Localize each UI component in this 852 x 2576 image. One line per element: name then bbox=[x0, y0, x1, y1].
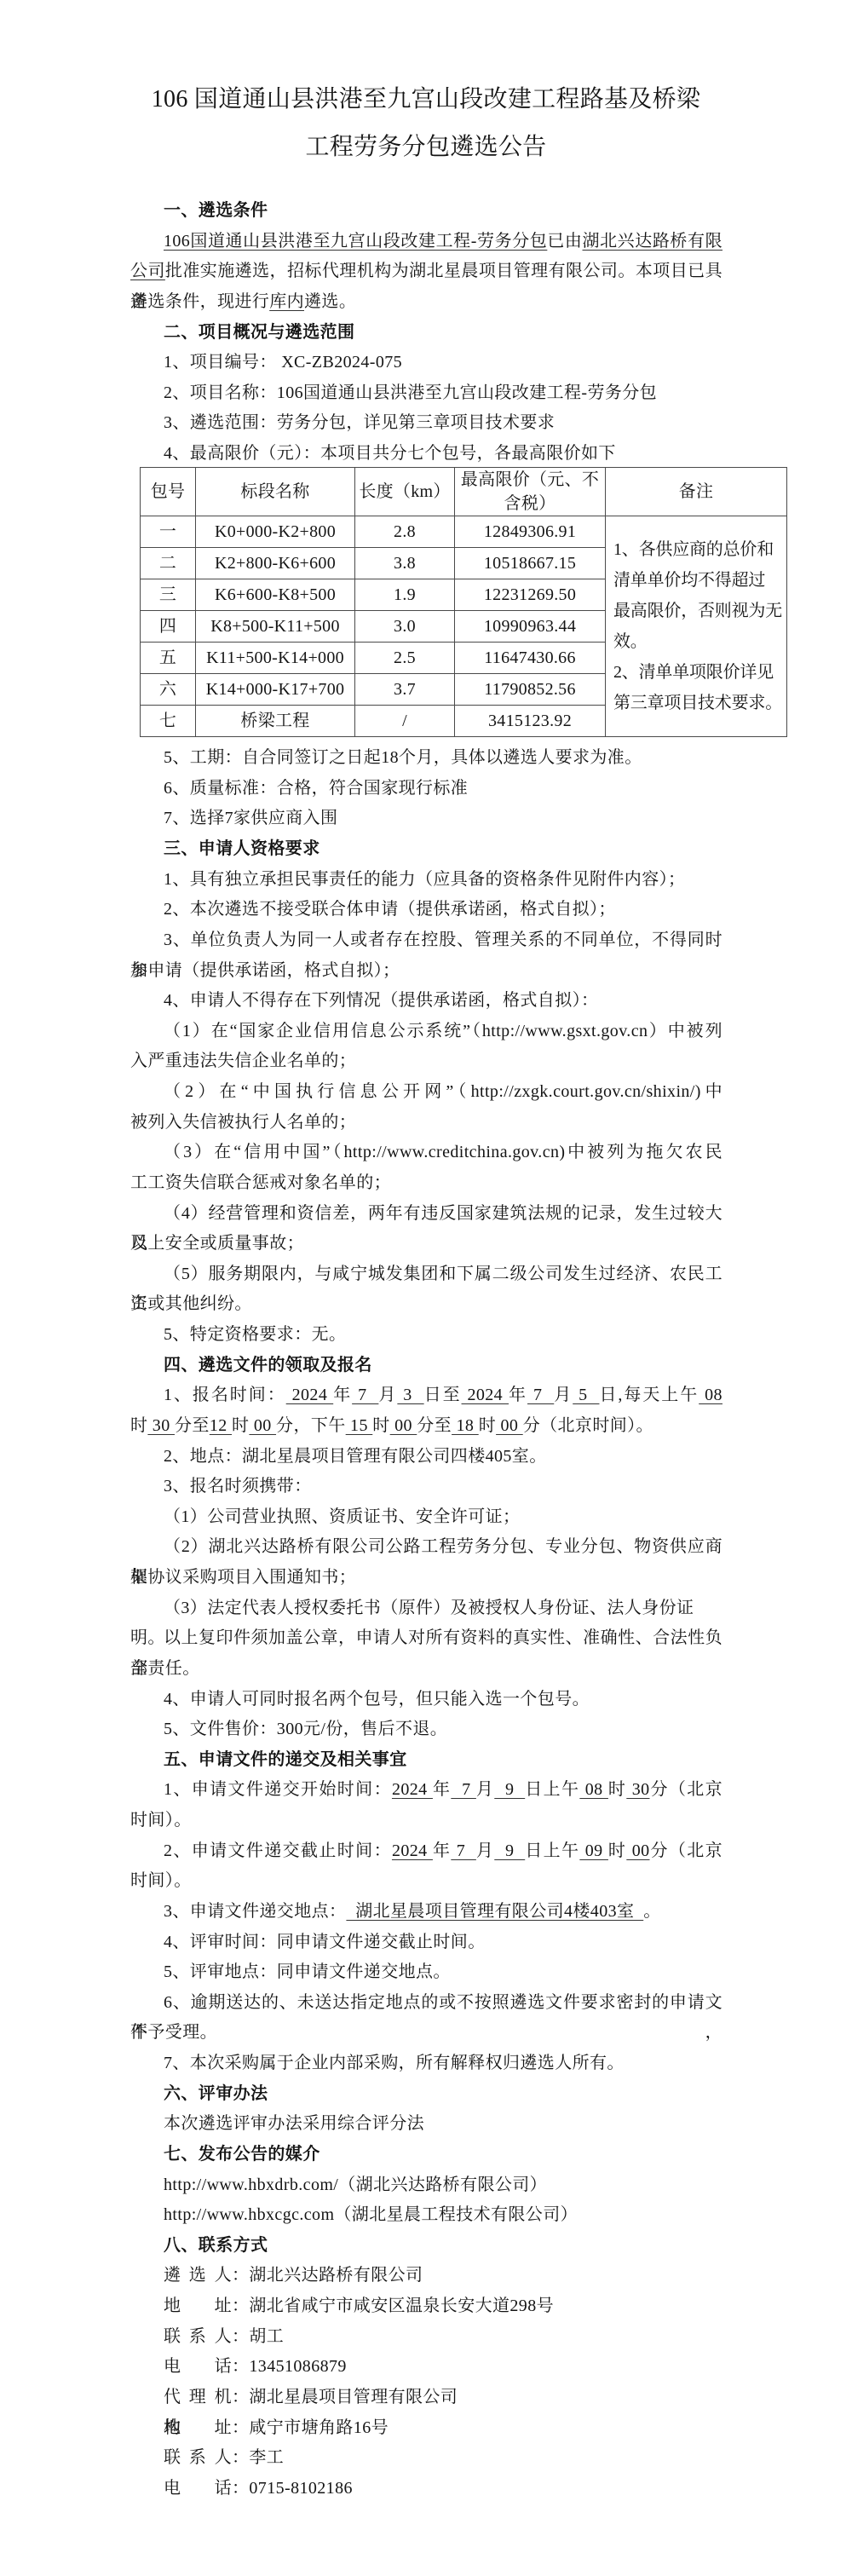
qualification-line: （1）在“国家企业信用信息公示系统”（http://www.gsxt.gov.c… bbox=[130, 1017, 722, 1047]
cell-package: 七 bbox=[141, 705, 196, 736]
contact-value: 李工 bbox=[249, 2448, 284, 2467]
start-year: 2024 bbox=[286, 1386, 334, 1404]
document-body: 一、遴选条件 106国道通山县洪港至九宫山段改建工程-劳务分包已由湖北兴达路桥有… bbox=[130, 196, 722, 2504]
cell-section: K11+500-K14+000 bbox=[196, 642, 355, 673]
contact-row: 联 系 人：李工 bbox=[130, 2443, 722, 2474]
media-url: http://www.hbxcgc.com bbox=[164, 2205, 334, 2224]
registration-line: 4、申请人可同时报名两个包号，但只能入选一个包号。 bbox=[130, 1685, 722, 1715]
remark-line: 第三章项目技术要求。 bbox=[613, 688, 783, 718]
contact-row: 电 话：0715-8102186 bbox=[130, 2474, 722, 2504]
section-heading-registration: 四、遴选文件的领取及报名 bbox=[130, 1351, 722, 1381]
contact-row: 联 系 人：胡工 bbox=[130, 2322, 722, 2353]
col-header-section-name: 标段名称 bbox=[196, 467, 355, 516]
cell-section: K2+800-K6+600 bbox=[196, 547, 355, 579]
am-start-hour: 08 bbox=[699, 1386, 722, 1404]
media-item: http://www.hbxdrb.com/（湖北兴达路桥有限公司） bbox=[130, 2170, 722, 2201]
quality-standard: 6、质量标准：合格，符合国家现行标准 bbox=[130, 774, 722, 804]
contact-separator: ： bbox=[232, 2327, 249, 2346]
cell-length: / bbox=[355, 705, 455, 736]
end-year: 2024 bbox=[462, 1386, 509, 1404]
submission-place: 湖北星晨项目管理有限公司4楼403室 bbox=[346, 1902, 643, 1921]
registration-line: 部责任。 bbox=[130, 1654, 722, 1685]
company-name-underlined: 公司 bbox=[130, 262, 165, 280]
document-title: 106 国道通山县洪港至九宫山段改建工程路基及桥梁 工程劳务分包遴选公告 bbox=[0, 0, 852, 171]
registration-line: （1）公司营业执照、资质证书、安全许可证； bbox=[130, 1502, 722, 1533]
section-heading-media: 七、发布公告的媒介 bbox=[130, 2140, 722, 2170]
table-header-row: 包号 标段名称 长度（km） 最高限价（元、不含税） 备注 bbox=[141, 467, 787, 516]
contact-separator: ： bbox=[232, 2418, 249, 2437]
supplier-count: 7、选择7家供应商入围 bbox=[130, 804, 722, 834]
cell-price: 11790852.56 bbox=[455, 673, 606, 705]
cell-package: 五 bbox=[141, 642, 196, 673]
media-url: http://www.hbxdrb.com/ bbox=[164, 2175, 338, 2194]
registration-line: 3、报名时须携带： bbox=[130, 1472, 722, 1502]
submission-start-line: 1、申请文件递交开始时间：2024 年 7 月 9 日上午 08 时 30分（北… bbox=[130, 1775, 722, 1806]
section-heading-overview: 二、项目概况与遴选范围 bbox=[130, 318, 722, 349]
cell-length: 3.0 bbox=[355, 610, 455, 642]
cell-price: 11647430.66 bbox=[455, 642, 606, 673]
cell-price: 12849306.91 bbox=[455, 516, 606, 547]
text-segment: 分（北京 bbox=[650, 1780, 723, 1799]
registration-location: 2、地点：湖北星晨项目管理有限公司四楼405室。 bbox=[130, 1442, 722, 1472]
contact-separator: ： bbox=[232, 2448, 249, 2467]
registration-line: （3）法定代表人授权委托书（原件）及被授权人身份证、法人身份证明。 bbox=[130, 1593, 722, 1624]
contact-value: 湖北省咸宁市咸安区温泉长安大道298号 bbox=[249, 2297, 554, 2315]
am-end-minute: 00 bbox=[249, 1416, 276, 1435]
submission-start-line: 时间）。 bbox=[130, 1806, 722, 1836]
cell-package: 二 bbox=[141, 547, 196, 579]
text-segment: 日上午 bbox=[525, 1841, 579, 1860]
project-name: 2、项目名称：106国道通山县洪港至九宫山段改建工程-劳务分包 bbox=[130, 378, 722, 409]
review-time: 4、评审时间：同申请文件递交截止时间。 bbox=[130, 1928, 722, 1958]
text-segment: 已由 bbox=[547, 232, 582, 251]
text-segment: 月 bbox=[476, 1780, 494, 1799]
qualification-line: 被列入失信被执行人名单的； bbox=[130, 1108, 722, 1138]
interpretation-right: 7、本次采购属于企业内部采购，所有解释权归遴选人所有。 bbox=[130, 2049, 722, 2079]
media-org: （湖北兴达路桥有限公司） bbox=[338, 2175, 547, 2194]
contact-label: 电 话 bbox=[164, 2352, 232, 2383]
paragraph-line: 遴选条件，现进行库内遴选。 bbox=[130, 287, 722, 318]
qualification-line: 3、单位负责人为同一人或者存在控股、管理关系的不同单位，不得同时参 bbox=[130, 925, 722, 956]
registration-time-line: 1、报名时间： 2024 年 7 月 3 日至 2024 年 7 月 5 日,每… bbox=[130, 1380, 722, 1411]
contact-value: 胡工 bbox=[249, 2327, 284, 2346]
text-segment: 时 bbox=[232, 1416, 249, 1435]
cell-price: 10518667.15 bbox=[455, 547, 606, 579]
submission-deadline-line: 时间）。 bbox=[130, 1866, 722, 1897]
text-segment: 年 bbox=[433, 1841, 451, 1860]
contact-value: 13451086879 bbox=[249, 2357, 346, 2376]
cell-length: 1.9 bbox=[355, 579, 455, 610]
remark-line: 效。 bbox=[613, 626, 783, 657]
title-line-1: 106 国道通山县洪港至九宫山段改建工程路基及桥梁 bbox=[0, 76, 852, 124]
submission-start-hour: 08 bbox=[579, 1780, 608, 1799]
text-segment: 。 bbox=[643, 1902, 660, 1921]
contact-separator: ： bbox=[232, 2479, 249, 2498]
contact-label: 联 系 人 bbox=[164, 2322, 232, 2353]
cell-section: K8+500-K11+500 bbox=[196, 610, 355, 642]
deadline-day: 9 bbox=[494, 1841, 525, 1860]
paragraph-line: 公司批准实施遴选，招标代理机构为湖北星晨项目管理有限公司。本项目已具备 bbox=[130, 256, 722, 287]
document-price: 5、文件售价：300元/份，售后不退。 bbox=[130, 1714, 722, 1745]
registration-line: 架协议采购项目入围通知书； bbox=[130, 1563, 722, 1593]
media-org: （湖北星晨工程技术有限公司） bbox=[334, 2205, 578, 2224]
text-segment: 时 bbox=[479, 1416, 496, 1435]
start-day: 3 bbox=[397, 1386, 423, 1404]
company-name-underlined: 湖北兴达路桥有限 bbox=[583, 232, 723, 251]
text-segment: 日,每天上午 bbox=[599, 1386, 699, 1404]
cell-section: 桥梁工程 bbox=[196, 705, 355, 736]
title-line-2: 工程劳务分包遴选公告 bbox=[0, 124, 852, 171]
pm-end-hour: 18 bbox=[452, 1416, 479, 1435]
qualification-line: （4）经营管理和资信差，两年有违反国家建筑法规的记录，发生过较大及 bbox=[130, 1199, 722, 1230]
contact-label: 地 址 bbox=[164, 2413, 232, 2444]
contact-separator: ： bbox=[232, 2297, 249, 2315]
text-segment: 年 bbox=[509, 1386, 527, 1404]
contact-row: 代理机构：湖北星晨项目管理有限公司 bbox=[130, 2383, 722, 2413]
cell-length: 2.5 bbox=[355, 642, 455, 673]
deadline-year: 2024 bbox=[392, 1841, 433, 1860]
deadline-month: 7 bbox=[451, 1841, 476, 1860]
contact-label: 遴 选 人 bbox=[164, 2261, 232, 2291]
review-method: 本次遴选评审办法采用综合评分法 bbox=[130, 2109, 722, 2140]
end-day: 5 bbox=[573, 1386, 599, 1404]
cell-section: K0+000-K2+800 bbox=[196, 516, 355, 547]
contact-label: 代理机构 bbox=[164, 2383, 232, 2413]
pm-start-minute: 00 bbox=[390, 1416, 417, 1435]
text-segment: 遴选条件，现进行 bbox=[130, 292, 269, 311]
col-header-max-price: 最高限价（元、不含税） bbox=[455, 467, 606, 516]
remark-line: 2、清单单项限价详见 bbox=[613, 657, 783, 688]
submission-start-minute: 30 bbox=[626, 1780, 649, 1799]
review-place: 5、评审地点：同申请文件递交地点。 bbox=[130, 1957, 722, 1988]
cell-package: 一 bbox=[141, 516, 196, 547]
text-segment: 1、申请文件递交开始时间： bbox=[164, 1780, 392, 1799]
registration-line: 以上复印件须加盖公章，申请人对所有资料的真实性、准确性、合法性负全 bbox=[130, 1623, 722, 1654]
selection-scope: 3、遴选范围：劳务分包，详见第三章项目技术要求 bbox=[130, 408, 722, 439]
text-segment: 日上午 bbox=[525, 1780, 579, 1799]
text-segment: 分至 bbox=[417, 1416, 452, 1435]
text-segment: 时 bbox=[608, 1780, 626, 1799]
end-month: 7 bbox=[527, 1386, 554, 1404]
text-segment: 月 bbox=[476, 1841, 494, 1860]
qualification-line: （3）在“信用中国”（http://www.creditchina.gov.cn… bbox=[130, 1138, 722, 1168]
qualification-line: 5、特定资格要求：无。 bbox=[130, 1320, 722, 1351]
cell-length: 3.7 bbox=[355, 673, 455, 705]
paragraph-line: 106国道通山县洪港至九宫山段改建工程-劳务分包已由湖北兴达路桥有限 bbox=[130, 227, 722, 257]
section-heading-qualifications: 三、申请人资格要求 bbox=[130, 834, 722, 865]
contact-label: 联 系 人 bbox=[164, 2443, 232, 2474]
col-header-length: 长度（km） bbox=[355, 467, 455, 516]
contact-value: 0715-8102186 bbox=[249, 2479, 352, 2498]
qualification-line: 入严重违法失信企业名单的； bbox=[130, 1046, 722, 1077]
contact-separator: ： bbox=[232, 2388, 249, 2406]
contact-row: 遴 选 人：湖北兴达路桥有限公司 bbox=[130, 2261, 722, 2291]
section-heading-contact: 八、联系方式 bbox=[130, 2231, 722, 2262]
cell-length: 3.8 bbox=[355, 547, 455, 579]
remark-line: 最高限价，否则视为无 bbox=[613, 596, 783, 626]
cell-price: 10990963.44 bbox=[455, 610, 606, 642]
contact-label: 地 址 bbox=[164, 2291, 232, 2322]
cell-section: K14+000-K17+700 bbox=[196, 673, 355, 705]
am-end-hour: 12 bbox=[210, 1416, 232, 1435]
text-segment: 分（北京时间）。 bbox=[523, 1416, 653, 1435]
cell-length: 2.8 bbox=[355, 516, 455, 547]
text-segment: 时 bbox=[130, 1416, 147, 1435]
cell-package: 四 bbox=[141, 610, 196, 642]
cell-remarks: 1、各供应商的总价和 清单单价均不得超过 最高限价，否则视为无 效。 2、清单单… bbox=[606, 516, 787, 736]
contact-value: 湖北兴达路桥有限公司 bbox=[249, 2266, 423, 2285]
deadline-minute: 00 bbox=[626, 1841, 649, 1860]
section-heading-conditions: 一、遴选条件 bbox=[130, 196, 722, 227]
cell-section: K6+600-K8+500 bbox=[196, 579, 355, 610]
late-submission-line: 6、逾期送达的、未送达指定地点的或不按照遴选文件要求密封的申请文件， bbox=[130, 1988, 722, 2019]
price-limit-table: 包号 标段名称 长度（km） 最高限价（元、不含税） 备注 一 K0+000-K… bbox=[140, 467, 787, 737]
contact-separator: ： bbox=[232, 2266, 249, 2285]
contact-label: 电 话 bbox=[164, 2474, 232, 2504]
contact-row: 地 址：咸宁市塘角路16号 bbox=[130, 2413, 722, 2444]
qualification-line: 1、具有独立承担民事责任的能力（应具备的资格条件见附件内容）； bbox=[130, 865, 722, 896]
am-start-minute: 30 bbox=[147, 1416, 175, 1435]
selection-type-underlined: 库内 bbox=[269, 292, 304, 311]
cell-package: 六 bbox=[141, 673, 196, 705]
submission-deadline-line: 2、申请文件递交截止时间：2024 年 7 月 9 日上午 09 时 00分（北… bbox=[130, 1836, 722, 1867]
pm-start-hour: 15 bbox=[346, 1416, 373, 1435]
text-segment: 1、报名时间： bbox=[164, 1386, 286, 1404]
cell-package: 三 bbox=[141, 579, 196, 610]
text-segment: 日至 bbox=[424, 1386, 462, 1404]
text-segment: 时 bbox=[372, 1416, 389, 1435]
submission-start-year: 2024 bbox=[392, 1780, 433, 1799]
text-segment: 月 bbox=[554, 1386, 573, 1404]
contact-separator: ： bbox=[232, 2357, 249, 2376]
start-month: 7 bbox=[352, 1386, 378, 1404]
contact-value: 咸宁市塘角路16号 bbox=[249, 2418, 389, 2437]
qualification-line: 加申请（提供承诺函，格式自拟）； bbox=[130, 956, 722, 987]
submission-start-day: 9 bbox=[494, 1780, 525, 1799]
text-segment: 分（北京 bbox=[650, 1841, 723, 1860]
text-segment: 分至 bbox=[175, 1416, 210, 1435]
qualification-line: （5）服务期限内，与咸宁城发集团和下属二级公司发生过经济、农民工工 bbox=[130, 1259, 722, 1290]
text-segment: 年 bbox=[333, 1386, 352, 1404]
price-limit-intro: 4、最高限价（元）：本项目共分七个包号，各最高限价如下 bbox=[130, 439, 722, 470]
submission-start-month: 7 bbox=[451, 1780, 476, 1799]
contact-row: 地 址：湖北省咸宁市咸安区温泉长安大道298号 bbox=[130, 2291, 722, 2322]
registration-time-line: 时 30 分至12 时 00 分，下午 15 时 00 分至 18 时 00 分… bbox=[130, 1411, 722, 1442]
qualification-line: 以上安全或质量事故； bbox=[130, 1229, 722, 1259]
text-segment: 月 bbox=[378, 1386, 397, 1404]
text-segment: 遴选。 bbox=[304, 292, 356, 311]
media-item: http://www.hbxcgc.com（湖北星晨工程技术有限公司） bbox=[130, 2200, 722, 2231]
qualification-line: 工工资失信联合惩戒对象名单的； bbox=[130, 1168, 722, 1199]
project-name-underlined: 106国道通山县洪港至九宫山段改建工程-劳务分包 bbox=[164, 232, 547, 251]
text-segment: 时 bbox=[608, 1841, 626, 1860]
registration-line: （2）湖北兴达路桥有限公司公路工程劳务分包、专业分包、物资供应商框 bbox=[130, 1532, 722, 1563]
contact-row: 电 话：13451086879 bbox=[130, 2352, 722, 2383]
qualification-line: 2、本次遴选不接受联合体申请（提供承诺函，格式自拟）； bbox=[130, 895, 722, 925]
col-header-package: 包号 bbox=[141, 467, 196, 516]
cell-price: 12231269.50 bbox=[455, 579, 606, 610]
qualification-line: （2）在“中国执行信息公开网”（http://zxgk.court.gov.cn… bbox=[130, 1077, 722, 1108]
table-row: 一 K0+000-K2+800 2.8 12849306.91 1、各供应商的总… bbox=[141, 516, 787, 547]
section-heading-submission: 五、申请文件的递交及相关事宜 bbox=[130, 1745, 722, 1776]
cell-price: 3415123.92 bbox=[455, 705, 606, 736]
text-segment: 年 bbox=[433, 1780, 451, 1799]
text-segment: 分，下午 bbox=[276, 1416, 346, 1435]
text-segment: 3、申请文件递交地点： bbox=[164, 1902, 346, 1921]
qualification-line: 4、申请人不得存在下列情况（提供承诺函，格式自拟）： bbox=[130, 986, 722, 1017]
submission-place-line: 3、申请文件递交地点： 湖北星晨项目管理有限公司4楼403室 。 bbox=[130, 1897, 722, 1928]
pm-end-minute: 00 bbox=[496, 1416, 523, 1435]
qualification-line: 资或其他纠纷。 bbox=[130, 1289, 722, 1320]
remark-line: 清单单价均不得超过 bbox=[613, 565, 783, 596]
section-heading-review-method: 六、评审办法 bbox=[130, 2079, 722, 2110]
remark-line: 1、各供应商的总价和 bbox=[613, 534, 783, 565]
col-header-remarks: 备注 bbox=[606, 467, 787, 516]
project-number: 1、项目编号： XC-ZB2024-075 bbox=[130, 348, 722, 378]
contact-value: 湖北星晨项目管理有限公司 bbox=[249, 2388, 458, 2406]
construction-period: 5、工期：自合同签订之日起18个月，具体以遴选人要求为准。 bbox=[130, 743, 722, 774]
text-segment: 2、申请文件递交截止时间： bbox=[164, 1841, 392, 1860]
deadline-hour: 09 bbox=[579, 1841, 608, 1860]
